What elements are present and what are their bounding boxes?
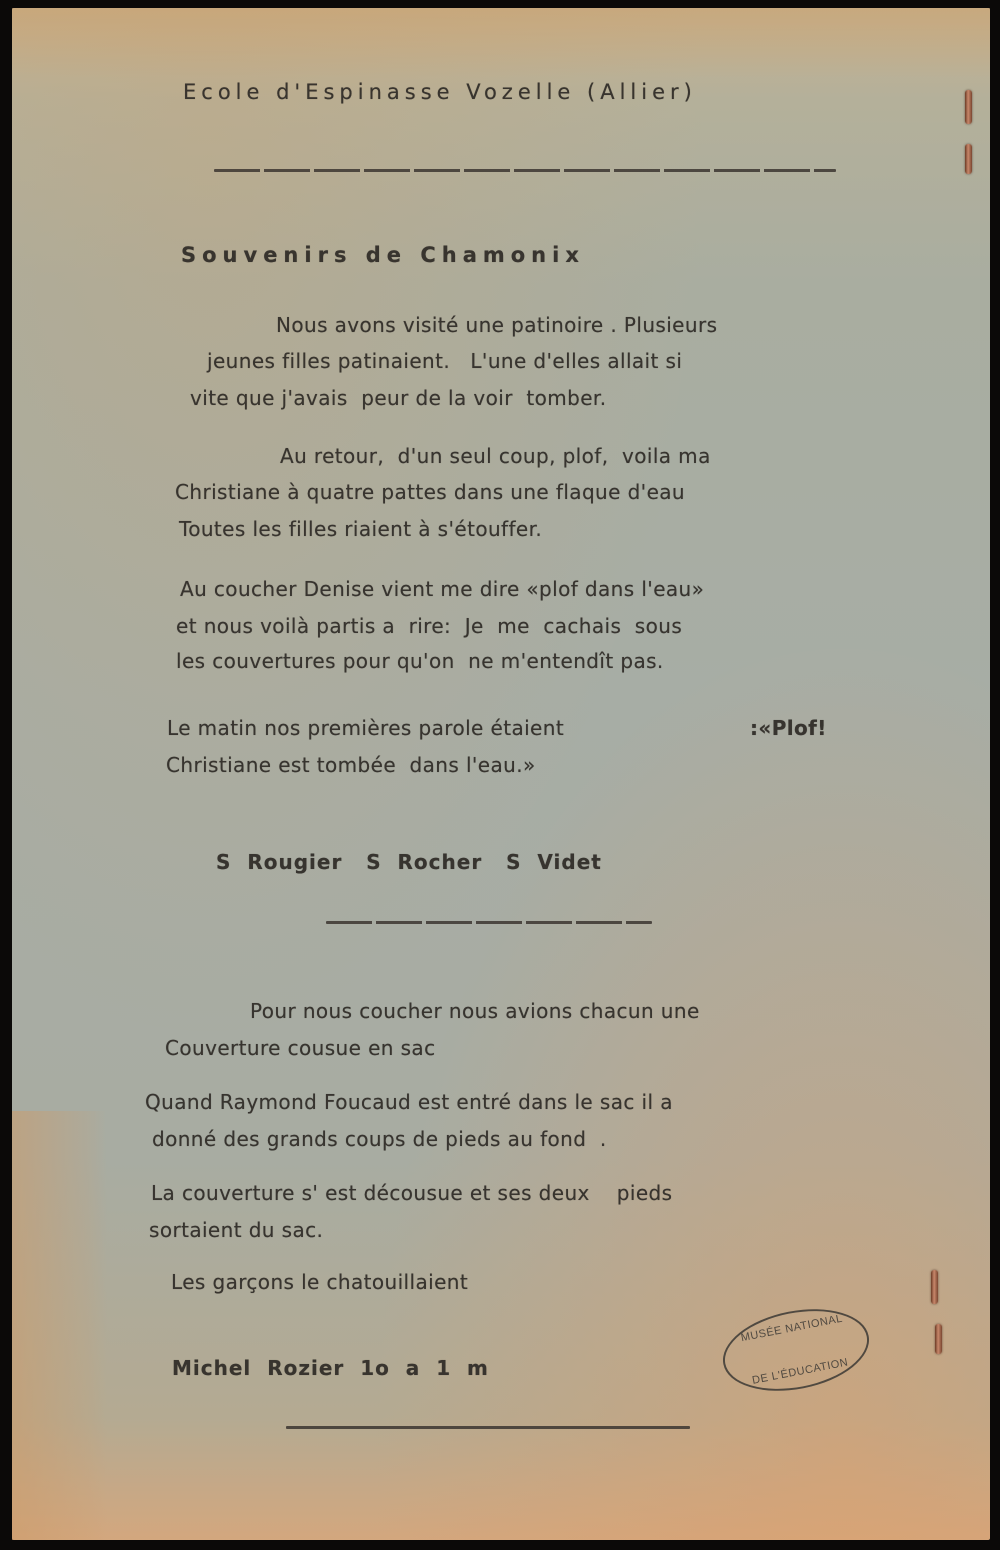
story1-p2-line3: Toutes les filles riaient à s'étouffer. — [179, 517, 542, 541]
story1-p3-line1: Au coucher Denise vient me dire «plof da… — [180, 577, 704, 601]
stamp-top-text: MUSÉE NATIONAL — [720, 1309, 864, 1348]
paper-sheet: Ecole d'Espinasse Vozelle (Allier) Souve… — [12, 8, 990, 1540]
story1-p1-line2: jeunes filles patinaient. L'une d'elles … — [207, 349, 682, 373]
story2-p3-line1: La couverture s' est décousue et ses deu… — [151, 1181, 672, 1205]
staple-top-1 — [965, 90, 972, 124]
story2-p2-line1: Quand Raymond Foucaud est entré dans le … — [145, 1090, 673, 1114]
stamp-bottom-text: DE L'ÉDUCATION — [728, 1352, 872, 1391]
story-divider — [326, 921, 652, 924]
staple-bottom-1 — [931, 1270, 938, 1304]
staple-bottom-2 — [935, 1324, 942, 1354]
story2-p2-line2: donné des grands coups de pieds au fond … — [152, 1127, 607, 1151]
story1-signature: S Rougier S Rocher S Videt — [216, 850, 602, 874]
story1-p4-line1: Le matin nos premières parole étaient — [167, 716, 564, 740]
story2-p1-line2: Couverture cousue en sac — [165, 1036, 435, 1060]
story-title: Souvenirs de Chamonix — [181, 243, 585, 267]
story1-p1-line1: Nous avons visité une patinoire . Plusie… — [276, 313, 717, 337]
story2-p4-line1: Les garçons le chatouillaient — [171, 1270, 468, 1294]
footer-rule — [286, 1426, 690, 1429]
story2-p1-line1: Pour nous coucher nous avions chacun une — [250, 999, 700, 1023]
story1-p2-line1: Au retour, d'un seul coup, plof, voila m… — [280, 444, 711, 468]
story1-p3-line3: les couvertures pour qu'on ne m'entendît… — [176, 649, 664, 673]
staple-top-2 — [965, 144, 972, 174]
story1-p3-line2: et nous voilà partis a rire: Je me cacha… — [176, 614, 682, 638]
story1-p1-line3: vite que j'avais peur de la voir tomber. — [190, 386, 606, 410]
story1-p4-quote-start: :«Plof! — [750, 716, 827, 740]
school-header: Ecole d'Espinasse Vozelle (Allier) — [183, 80, 697, 104]
story1-p2-line2: Christiane à quatre pattes dans une flaq… — [175, 480, 685, 504]
story2-signature: Michel Rozier 1o a 1 m — [172, 1356, 489, 1380]
story2-p3-line2: sortaient du sac. — [149, 1218, 323, 1242]
story1-p4-line2: Christiane est tombée dans l'eau.» — [166, 753, 536, 777]
header-divider — [214, 169, 836, 172]
museum-stamp: MUSÉE NATIONAL DE L'ÉDUCATION — [716, 1298, 876, 1403]
